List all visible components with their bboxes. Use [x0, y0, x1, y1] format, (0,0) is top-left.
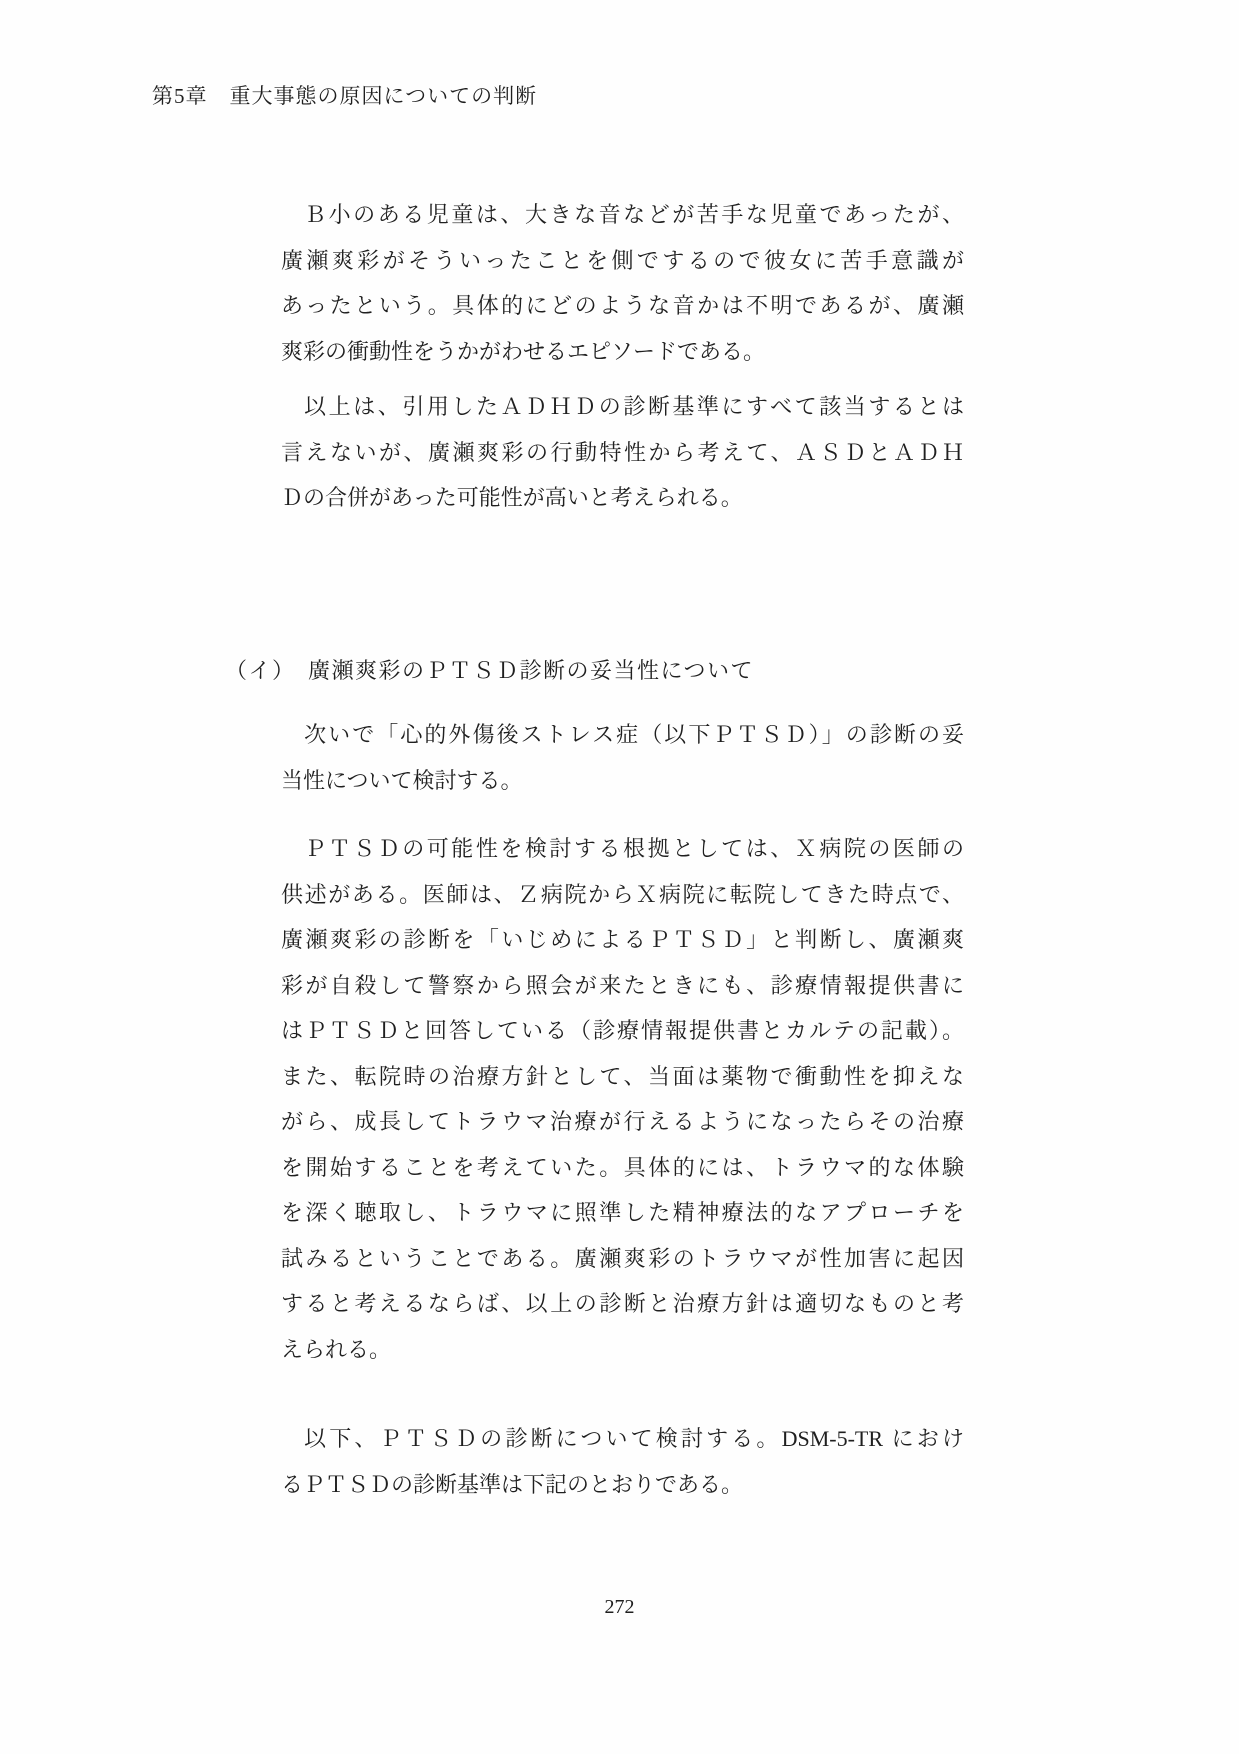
- page-number: 272: [0, 1596, 1239, 1619]
- document-page: 第5章 重大事態の原因についての判断 Ｂ小のある児童は、大きな音などが苦手な児童…: [0, 0, 1239, 1754]
- text-line: Ｄの合併があった可能性が高いと考えられる。: [281, 475, 964, 521]
- text-line: はＰＴＳＤと回答している（診療情報提供書とカルテの記載）。: [281, 1008, 964, 1054]
- text-line: 試みるということである。廣瀬爽彩のトラウマが性加害に起因: [281, 1236, 964, 1282]
- text-line: ＰＴＳＤの可能性を検討する根拠としては、Ｘ病院の医師の: [281, 826, 964, 872]
- text-line: 以下、ＰＴＳＤの診断について検討する。DSM-5-TR におけ: [281, 1416, 964, 1462]
- text-line: Ｂ小のある児童は、大きな音などが苦手な児童であったが、: [281, 192, 964, 238]
- text-line: 以上は、引用したＡＤＨＤの診断基準にすべて該当するとは: [281, 384, 964, 430]
- text-line: すると考えるならば、以上の診断と治療方針は適切なものと考: [281, 1281, 964, 1327]
- text-line: 供述がある。医師は、Ｚ病院からＸ病院に転院してきた時点で、: [281, 872, 964, 918]
- text-line: 言えないが、廣瀬爽彩の行動特性から考えて、ＡＳＤとＡＤＨ: [281, 430, 964, 476]
- text-line: 爽彩の衝動性をうかがわせるエピソードである。: [281, 329, 964, 375]
- text-line: 廣瀬爽彩がそういったことを側でするので彼女に苦手意識が: [281, 238, 964, 284]
- section-heading-ptsd-validity: （イ） 廣瀬爽彩のＰＴＳＤ診断の妥当性について: [225, 654, 754, 685]
- text-line: を開始することを考えていた。具体的には、トラウマ的な体験: [281, 1145, 964, 1191]
- paragraph-ptsd-evidence: ＰＴＳＤの可能性を検討する根拠としては、Ｘ病院の医師の供述がある。医師は、Ｚ病院…: [281, 826, 964, 1372]
- chapter-header: 第5章 重大事態の原因についての判断: [152, 80, 537, 110]
- text-line: るＰＴＳＤの診断基準は下記のとおりである。: [281, 1462, 964, 1508]
- text-line: 次いで「心的外傷後ストレス症（以下ＰＴＳＤ）」の診断の妥: [281, 712, 964, 758]
- text-line: を深く聴取し、トラウマに照準した精神療法的なアプローチを: [281, 1190, 964, 1236]
- paragraph-dsm5tr-criteria: 以下、ＰＴＳＤの診断について検討する。DSM-5-TR におけるＰＴＳＤの診断基…: [281, 1416, 964, 1507]
- paragraph-adhd-episode: Ｂ小のある児童は、大きな音などが苦手な児童であったが、廣瀬爽彩がそういったことを…: [281, 192, 964, 374]
- text-line: 当性について検討する。: [281, 758, 964, 804]
- text-line: がら、成長してトラウマ治療が行えるようになったらその治療: [281, 1099, 964, 1145]
- paragraph-asd-adhd-conclusion: 以上は、引用したＡＤＨＤの診断基準にすべて該当するとは言えないが、廣瀬爽彩の行動…: [281, 384, 964, 521]
- text-line: えられる。: [281, 1327, 964, 1373]
- text-line: 廣瀬爽彩の診断を「いじめによるＰＴＳＤ」と判断し、廣瀬爽: [281, 917, 964, 963]
- text-line: 彩が自殺して警察から照会が来たときにも、診療情報提供書に: [281, 963, 964, 1009]
- text-line: また、転院時の治療方針として、当面は薬物で衝動性を抑えな: [281, 1054, 964, 1100]
- paragraph-ptsd-intro: 次いで「心的外傷後ストレス症（以下ＰＴＳＤ）」の診断の妥当性について検討する。: [281, 712, 964, 803]
- text-line: あったという。具体的にどのような音かは不明であるが、廣瀬: [281, 283, 964, 329]
